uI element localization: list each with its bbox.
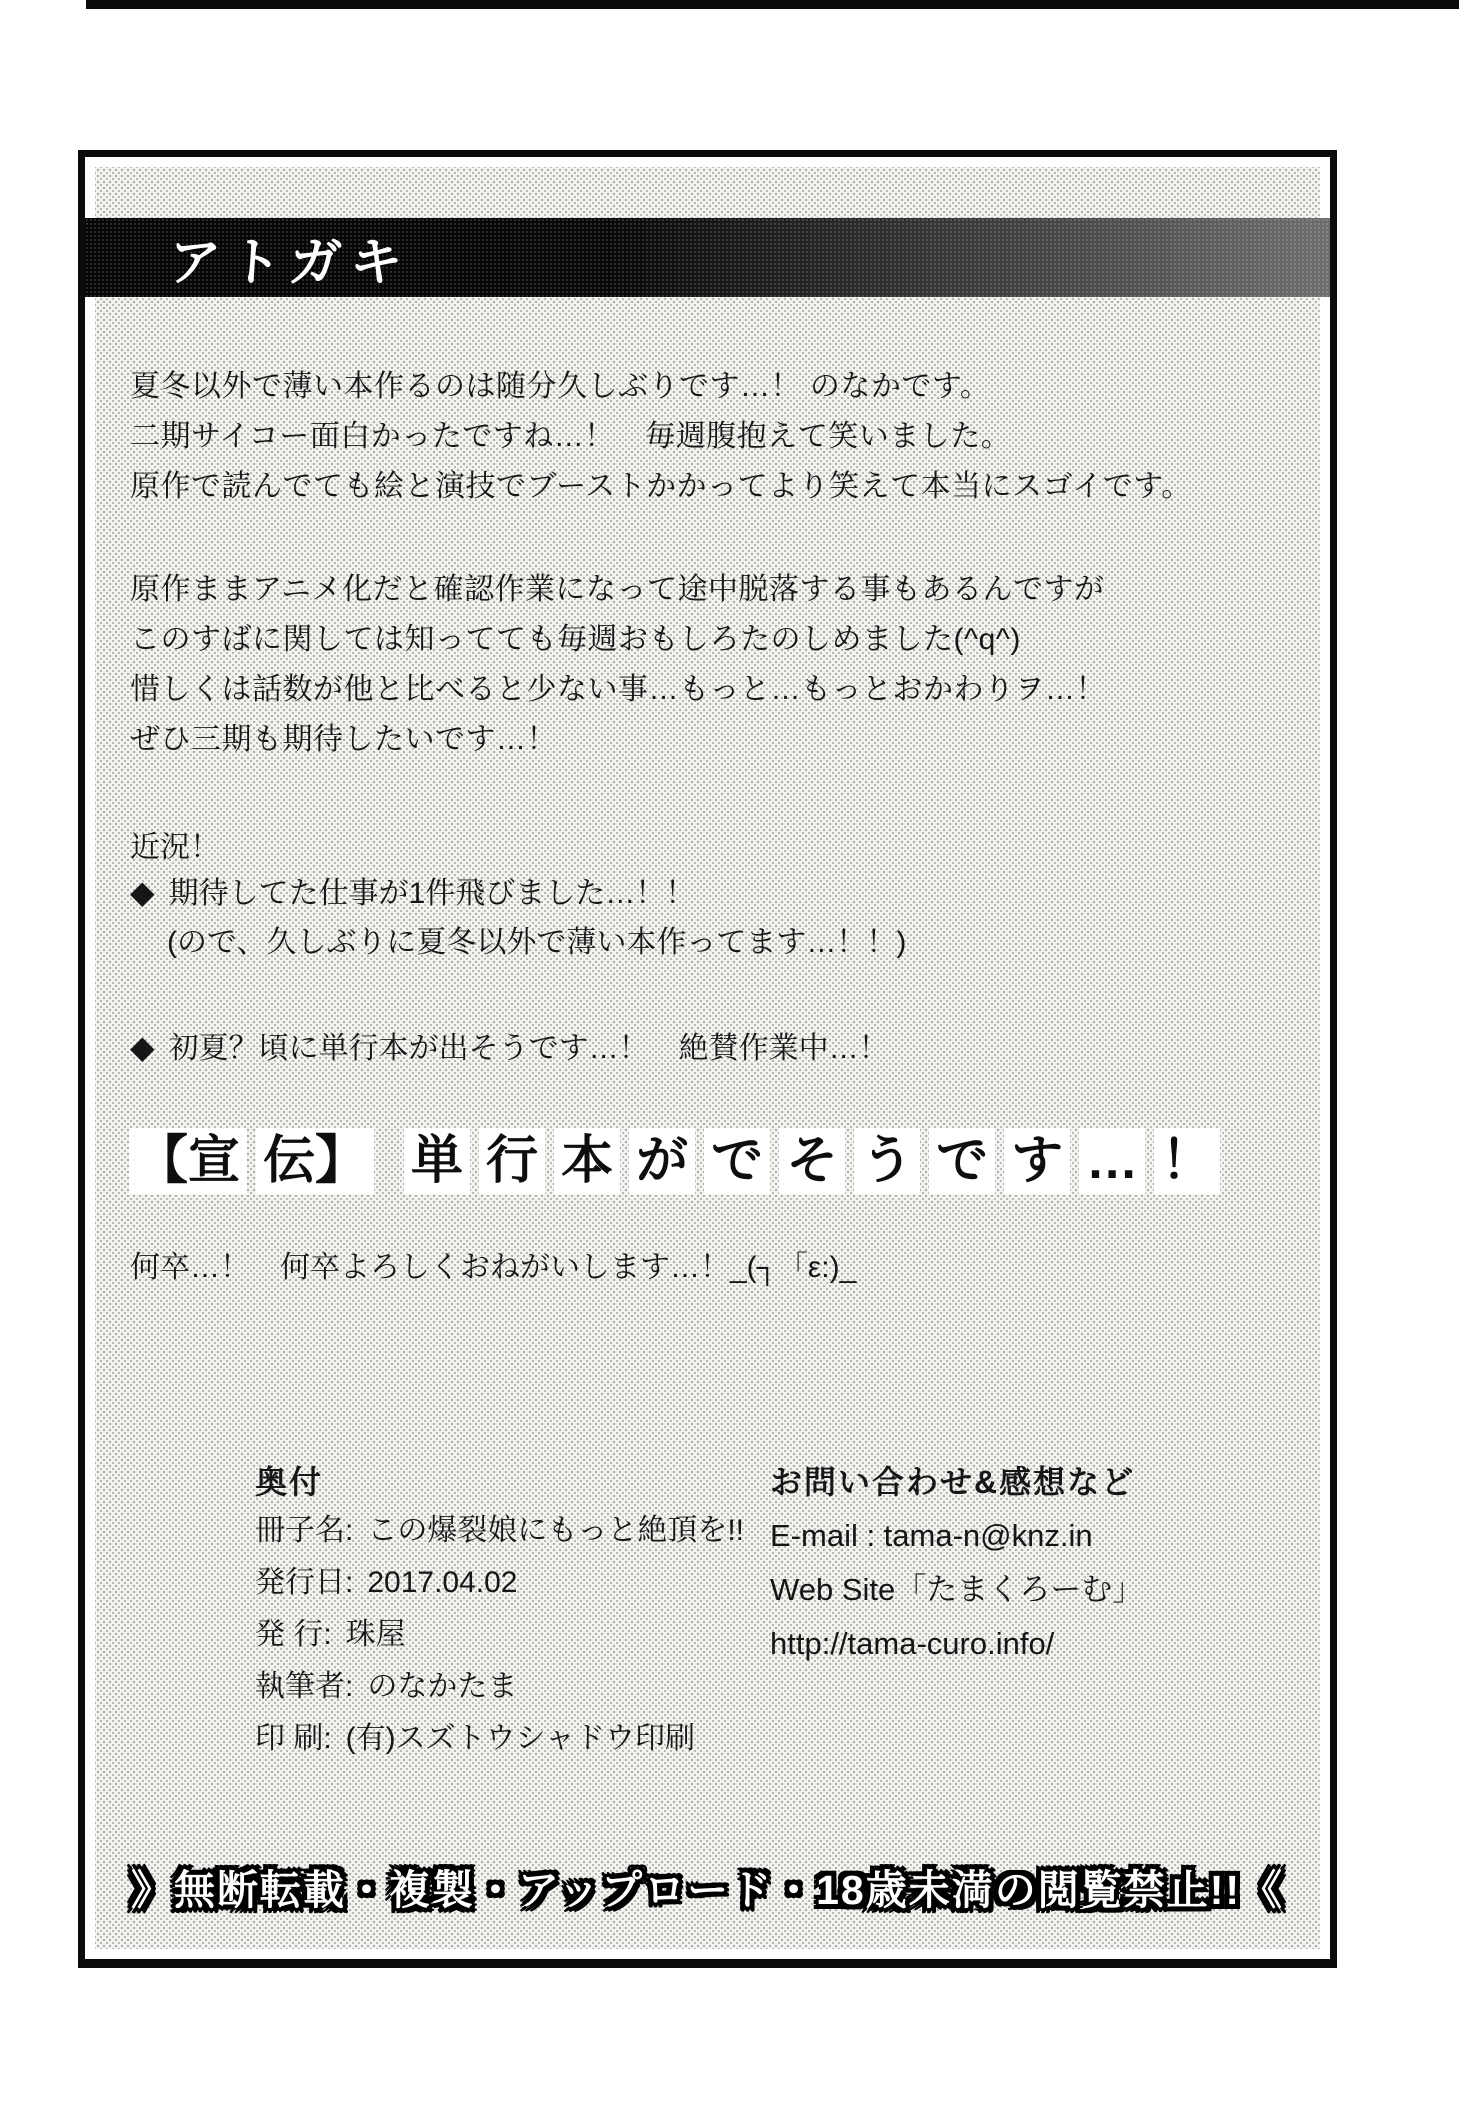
news-item-1-sub: (ので、久しぶりに夏冬以外で薄い本作ってます…！！): [167, 917, 906, 961]
body-paragraph-2: 原作ままアニメ化だと確認作業になって途中脱落する事もあるんですが このすばに関し…: [130, 565, 1106, 765]
promo-heading-char: で: [929, 1128, 995, 1194]
colophon-row: 執筆者:のなかたま: [255, 1661, 744, 1713]
promo-heading-char: そ: [779, 1128, 845, 1194]
news-item-1: ◆期待してた仕事が1件飛びました…！！: [130, 868, 695, 912]
diamond-bullet-icon: ◆: [130, 874, 155, 910]
scan-edge-strip: [86, 0, 1459, 9]
news-item-2: ◆初夏？頃に単行本が出そうです…！ 絶賛作業中…！: [130, 1023, 889, 1067]
contact-email: E-mail : tama-n@knz.in: [770, 1509, 1143, 1563]
promo-heading-char: 伝】: [256, 1128, 374, 1194]
colophon-row: 発行日:2017.04.02: [255, 1557, 744, 1609]
body-text-line: 二期サイコー面白かったですね…！ 毎週腹抱えて笑いました。: [130, 412, 1192, 462]
page-title: アトガキ: [166, 220, 414, 295]
colophon-rows: 冊子名:この爆裂娘にもっと絶頂を!! 発行日:2017.04.02 発 行:珠屋…: [255, 1505, 744, 1765]
news-item-text: 期待してた仕事が1件飛びました…！！: [169, 877, 696, 910]
promo-request-line: 何卒…！ 何卒よろしくおねがいします…！_(┐「ε:)_: [130, 1242, 856, 1286]
page-frame: アトガキ 夏冬以外で薄い本作るのは随分久しぶりです…！ のなかです。 二期サイコ…: [78, 150, 1337, 1968]
promo-heading-char: 【宣: [129, 1128, 247, 1194]
promo-heading-char: 本: [554, 1128, 620, 1194]
colophon-value: この爆裂娘にもっと絶頂を!!: [367, 1514, 744, 1547]
promo-heading-char: ！: [1154, 1128, 1220, 1194]
colophon-label: 発行日:: [255, 1557, 353, 1609]
colophon-row: 発 行:珠屋: [255, 1609, 744, 1661]
news-section-title: 近況！: [130, 822, 220, 866]
contact-info: E-mail : tama-n@knz.in Web Site「たまくろーむ」 …: [770, 1509, 1143, 1671]
colophon-label: 冊子名:: [255, 1505, 353, 1557]
colophon-label: 発 行:: [255, 1609, 332, 1661]
news-item-text: 初夏？頃に単行本が出そうです…！ 絶賛作業中…！: [169, 1032, 889, 1065]
colophon-value: のなかたま: [367, 1670, 517, 1703]
colophon-value: (有)スズトウシャドウ印刷: [346, 1722, 695, 1755]
body-text-line: 原作ままアニメ化だと確認作業になって途中脱落する事もあるんですが: [130, 565, 1106, 615]
diamond-bullet-icon: ◆: [130, 1029, 155, 1065]
body-text-line: 原作で読んでても絵と演技でブーストかかってより笑えて本当にスゴイです。: [130, 462, 1192, 512]
no-reproduction-warning: 》無断転載・複製・アップロード・18歳未満の閲覧禁止!!《: [85, 1857, 1330, 1916]
afterword-header-bar: アトガキ: [85, 218, 1330, 297]
body-text-line: 惜しくは話数が他と比べると少ない事…もっと…もっとおかわりヲ…！: [130, 665, 1106, 715]
promo-heading-char: で: [704, 1128, 770, 1194]
promo-heading-char: …: [1079, 1128, 1145, 1194]
colophon-row: 印 刷:(有)スズトウシャドウ印刷: [255, 1713, 744, 1765]
promo-heading: 【宣 伝】 単 行 本 が で そ う で す … ！: [129, 1128, 1229, 1194]
promo-heading-char: が: [629, 1128, 695, 1194]
colophon-label: 印 刷:: [255, 1713, 332, 1765]
colophon-value: 珠屋: [346, 1618, 406, 1651]
contact-website-url: http://tama-curo.info/: [770, 1617, 1143, 1671]
body-text-line: 夏冬以外で薄い本作るのは随分久しぶりです…！ のなかです。: [130, 362, 1192, 412]
contact-title: お問い合わせ&感想など: [770, 1457, 1135, 1503]
colophon-title: 奥付: [255, 1457, 323, 1503]
promo-heading-char: す: [1004, 1128, 1070, 1194]
colophon-label: 執筆者:: [255, 1661, 353, 1713]
promo-heading-char: 単: [404, 1128, 470, 1194]
colophon-value: 2017.04.02: [367, 1566, 517, 1599]
contact-website-name: Web Site「たまくろーむ」: [770, 1563, 1143, 1617]
promo-heading-char: う: [854, 1128, 920, 1194]
colophon-row: 冊子名:この爆裂娘にもっと絶頂を!!: [255, 1505, 744, 1557]
body-text-line: このすばに関しては知ってても毎週おもしろたのしめました(^q^): [130, 615, 1106, 665]
promo-heading-char: 行: [479, 1128, 545, 1194]
body-paragraph-1: 夏冬以外で薄い本作るのは随分久しぶりです…！ のなかです。 二期サイコー面白かっ…: [130, 362, 1192, 512]
body-text-line: ぜひ三期も期待したいです…！: [130, 715, 1106, 765]
